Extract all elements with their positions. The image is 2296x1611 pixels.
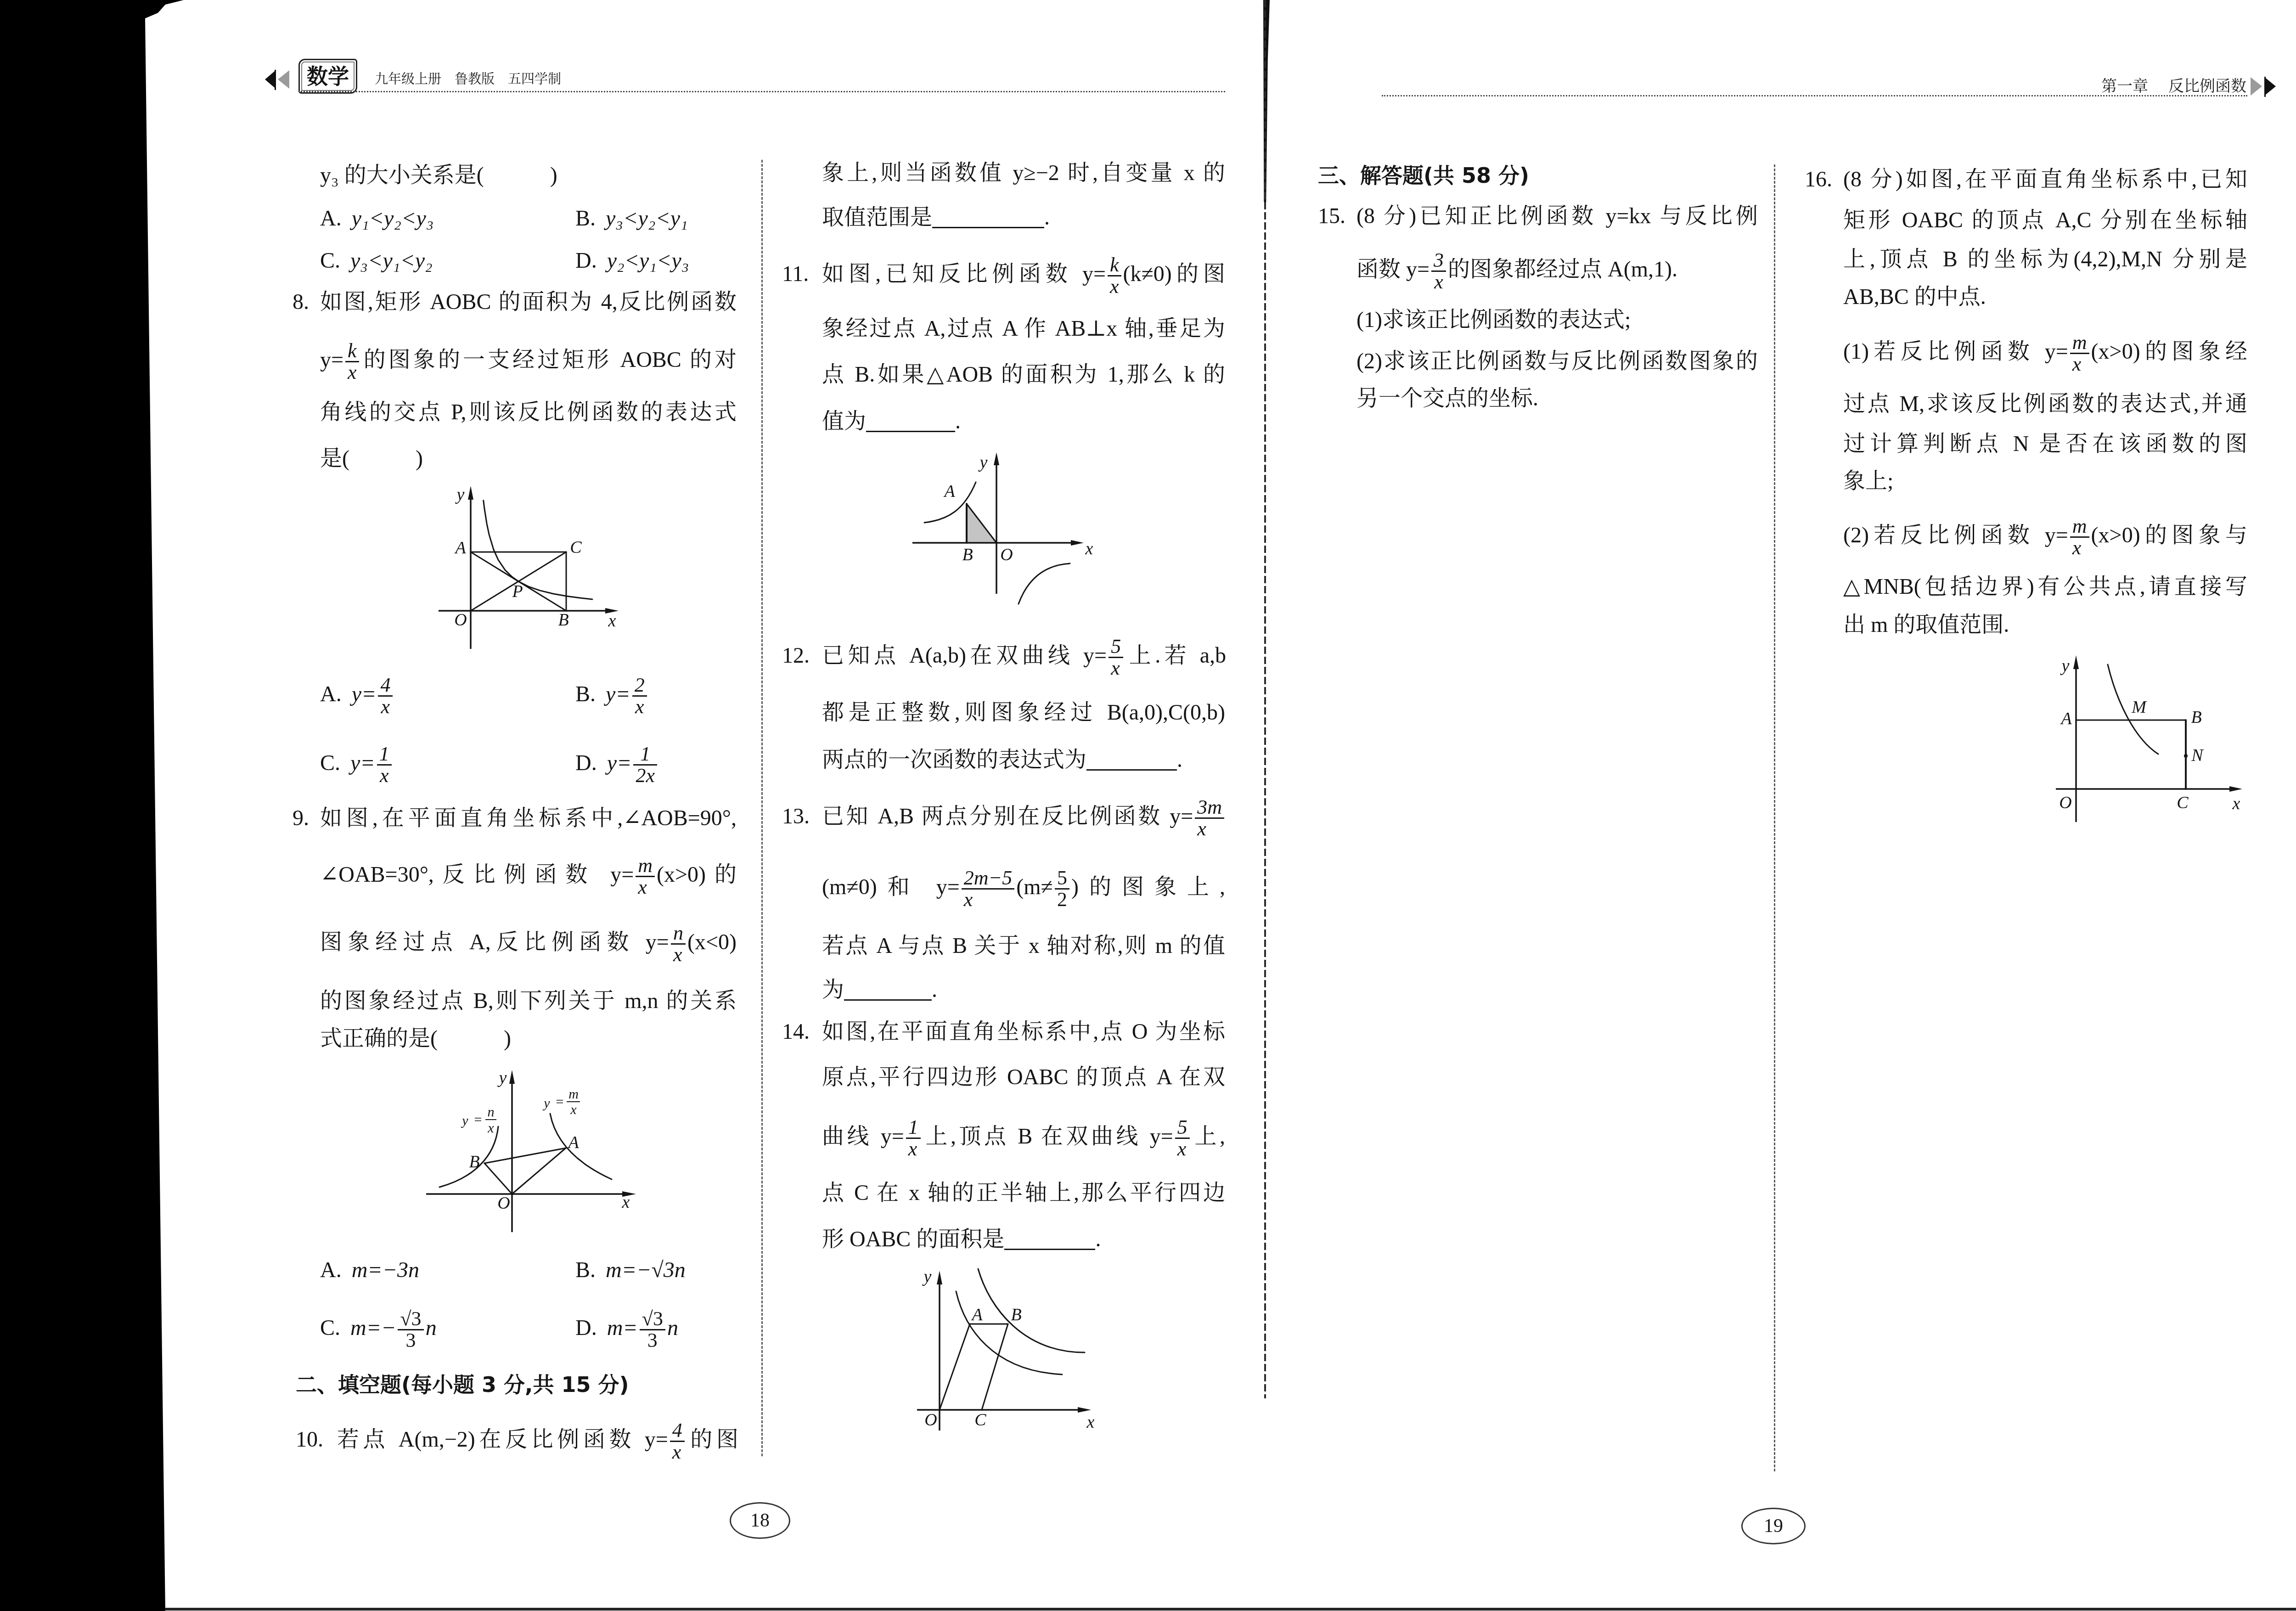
label-y: y xyxy=(2060,656,2070,676)
numerator: 2 xyxy=(632,675,647,695)
label-n: N xyxy=(2191,746,2204,765)
label-y: y xyxy=(455,485,465,504)
text: (x>0)的图象与 xyxy=(2091,523,2247,547)
label-o: O xyxy=(2059,793,2071,812)
q11-line: 如图,已知反比例函数 y=kx(k≠0)的图 xyxy=(822,260,1225,288)
numerator: m xyxy=(2070,332,2089,353)
label-c: C xyxy=(570,538,582,557)
denominator: x xyxy=(636,876,655,897)
q9-number: 9. xyxy=(293,805,309,832)
q15-part-2: 另一个交点的坐标. xyxy=(1356,385,1538,412)
option-expr: m=−3n xyxy=(352,1258,419,1282)
text: 如图,已知反比例函数 y= xyxy=(822,262,1106,286)
numerator: 3m xyxy=(1195,797,1224,817)
label-x: x xyxy=(608,611,616,631)
text: ∠OAB=30°,反比例函数 y= xyxy=(320,862,634,887)
q13-line: 已知 A,B 两点分别在反比例函数 y=3mx xyxy=(822,803,1226,830)
label-x: x xyxy=(622,1193,630,1212)
chapter-title: 反比例函数 xyxy=(2168,77,2246,96)
fraction: 1x xyxy=(906,1117,921,1159)
denominator: x xyxy=(1195,817,1224,839)
denominator: x xyxy=(1431,270,1446,292)
text: (m≠ xyxy=(1016,875,1053,899)
subject-badge: 数学 xyxy=(298,59,357,94)
q16-part-2: 出 m 的取值范围. xyxy=(1843,611,2009,639)
curve-left-eq: = xyxy=(474,1112,482,1127)
q7-option-b: B.y₃<y₂<y₁ xyxy=(575,205,688,232)
answer-blank xyxy=(844,982,932,1001)
text: 值为 xyxy=(822,409,866,434)
section-heading-fill-in: 二、填空题(每小题 3 分,共 15 分) xyxy=(296,1371,629,1398)
text: (x>0)的图象经 xyxy=(2091,339,2247,364)
label-c: C xyxy=(974,1410,986,1430)
label-p: P xyxy=(512,582,523,601)
q9-option-d: D.m=√33n xyxy=(575,1314,678,1342)
numerator: 3 xyxy=(1431,250,1446,270)
text: . xyxy=(1044,205,1050,230)
option-label: D. xyxy=(575,248,597,273)
arrow-up-icon xyxy=(509,1070,515,1084)
text: (2)若反比例函数 y= xyxy=(1843,523,2068,547)
option-expr: y₃<y₁<y₂ xyxy=(350,248,433,273)
numerator: 5 xyxy=(1055,868,1069,888)
answer-blank xyxy=(932,210,1044,228)
curve-left-label: y xyxy=(461,1113,468,1128)
q8-option-c: C.y=1x xyxy=(320,749,394,777)
text: 图象经过点 A,反比例函数 y= xyxy=(320,930,669,954)
hyperbola-5-over-x xyxy=(978,1269,1085,1352)
q12-line: 都是正整数,则图象经过 B(a,0),C(0,b) xyxy=(822,699,1225,727)
option-expr: m=− xyxy=(350,1316,396,1340)
q7-stem-tail: y₃ 的大小关系是( ) xyxy=(320,162,557,189)
q15-number: 15. xyxy=(1318,203,1345,230)
option-expr: y₂<y₁<y₃ xyxy=(607,248,689,273)
hyperbola-lower-right xyxy=(1019,563,1070,604)
text: 为 xyxy=(822,978,844,1002)
option-label: A. xyxy=(320,682,342,706)
option-label: D. xyxy=(575,1316,597,1340)
label-b: B xyxy=(558,610,568,630)
denominator: x xyxy=(2070,353,2089,374)
label-x: x xyxy=(1085,539,1093,558)
q8-option-a: A.y=4x xyxy=(320,681,394,708)
q16-line: (8 分)如图,在平面直角坐标系中,已知 xyxy=(1843,166,2247,193)
text: . xyxy=(932,978,937,1002)
label-y: y xyxy=(922,1267,932,1286)
label-b: B xyxy=(469,1152,479,1172)
text: (1)若反比例函数 y= xyxy=(1843,339,2068,364)
q15-line: 函数 y=3x的图象都经过点 A(m,1). xyxy=(1356,256,1677,283)
q16-part-1: 过计算判断点 N 是否在该函数的图 xyxy=(1843,430,2247,458)
q14-number: 14. xyxy=(782,1018,810,1046)
numerator: m xyxy=(2070,516,2089,536)
arrow-up-icon xyxy=(937,1271,942,1284)
text: 已知 A,B 两点分别在反比例函数 y= xyxy=(822,804,1193,828)
label-o: O xyxy=(497,1194,510,1213)
q16-line: AB,BC 的中点. xyxy=(1843,283,1986,311)
denominator: x xyxy=(2070,536,2089,558)
q9-option-b: B.m=−√3n xyxy=(575,1256,686,1284)
chapter-header: 第一章反比例函数 xyxy=(2094,76,2246,96)
text: 曲线 y= xyxy=(822,1124,904,1149)
option-expr: y= xyxy=(352,682,377,706)
label-o: O xyxy=(454,610,467,630)
text: . xyxy=(955,409,961,434)
text: (x<0) xyxy=(687,930,737,954)
text: 函数 y= xyxy=(1356,257,1429,282)
q12-number: 12. xyxy=(782,642,810,670)
q13-line: (m≠0)和 y=2m−5x(m≠52)的图象上, xyxy=(822,873,1225,901)
q12-line: 已知点 A(a,b)在双曲线 y=5x上.若 a,b xyxy=(822,642,1226,670)
denominator: x xyxy=(377,764,392,786)
numerator: 2m−5 xyxy=(962,868,1014,888)
q8-number: 8. xyxy=(293,288,309,316)
q16-number: 16. xyxy=(1805,166,1832,193)
fraction: √33 xyxy=(398,1309,423,1351)
book-spine-fold xyxy=(1264,0,1266,1398)
q7-option-a: A.y₁<y₂<y₃ xyxy=(320,205,433,232)
text: 上, xyxy=(1192,1124,1225,1149)
text: 两点的一次函数的表达式为 xyxy=(822,748,1086,772)
q8-line: 如图,矩形 AOBC 的面积为 4,反比例函数 xyxy=(320,288,737,316)
numerator: √3 xyxy=(640,1309,665,1329)
label-x: x xyxy=(1086,1413,1095,1432)
fraction: √33 xyxy=(640,1309,665,1351)
fraction: 2x xyxy=(632,675,647,717)
q11-line: 象经过点 A,过点 A 作 AB⊥x 轴,垂足为 xyxy=(822,315,1225,343)
option-expr: y₁<y₂<y₃ xyxy=(352,206,434,231)
fraction: nx xyxy=(671,923,686,965)
option-label: A. xyxy=(320,1258,342,1282)
text: 形 OABC 的面积是 xyxy=(822,1227,1004,1251)
answer-blank xyxy=(1004,1232,1095,1250)
text: (x>0)的 xyxy=(657,862,737,887)
text: 取值范围是 xyxy=(822,205,932,230)
q15-line: (8 分)已知正比例函数 y=kx 与反比例 xyxy=(1356,203,1758,230)
q16-part-1: 过点 M,求该反比例函数的表达式,并通 xyxy=(1843,390,2247,418)
option-expr: m=−√3n xyxy=(606,1258,686,1282)
q8-option-b: B.y=2x xyxy=(575,681,649,708)
column-divider-left-page xyxy=(761,160,763,1456)
numerator: √3 xyxy=(398,1309,423,1329)
label-a: A xyxy=(943,482,955,501)
fraction: 52 xyxy=(1055,868,1069,910)
option-expr-tail: n xyxy=(426,1316,437,1340)
q9-figure: y y = n x y = m x A B O x xyxy=(422,1065,643,1240)
denominator: x xyxy=(345,361,359,383)
option-expr: m= xyxy=(607,1316,638,1340)
denominator: x xyxy=(632,695,647,717)
numerator: k xyxy=(1108,255,1121,275)
text: . xyxy=(1095,1227,1101,1251)
label-a: A xyxy=(2060,709,2072,728)
denominator: 2 xyxy=(1055,888,1069,910)
q11-line: 值为. xyxy=(822,408,961,435)
q13-line: 为. xyxy=(822,976,937,1004)
q14-figure: y A B O C x xyxy=(914,1265,1097,1435)
option-label: C. xyxy=(320,1316,340,1340)
curve-left-num: n xyxy=(488,1104,495,1120)
denominator: 3 xyxy=(640,1329,665,1351)
option-label: B. xyxy=(575,1258,596,1282)
q12-line: 两点的一次函数的表达式为. xyxy=(822,746,1182,774)
denominator: x xyxy=(962,888,1014,910)
curve-right-den: x xyxy=(570,1102,577,1117)
q11-line: 点 B.如果△AOB 的面积为 1,那么 k 的 xyxy=(822,361,1225,389)
arrow-up-icon xyxy=(2073,655,2079,669)
hyperbola-right xyxy=(550,1114,612,1179)
numerator: m xyxy=(636,856,655,876)
option-expr: y= xyxy=(606,682,630,706)
q16-part-2: (2)若反比例函数 y=mx(x>0)的图象与 xyxy=(1843,522,2247,549)
header-rule-left xyxy=(298,91,1225,92)
text: (m≠0)和 y= xyxy=(822,875,960,899)
text: )的图象上, xyxy=(1071,875,1225,899)
option-label: C. xyxy=(320,751,340,775)
label-b: B xyxy=(962,545,973,564)
q14-line: 如图,在平面直角坐标系中,点 O 为坐标 xyxy=(822,1018,1225,1046)
text: 的图象都经过点 A(m,1). xyxy=(1448,257,1677,282)
numerator: 5 xyxy=(1109,637,1123,657)
q14-line: 曲线 y=1x上,顶点 B 在双曲线 y=5x上, xyxy=(822,1123,1225,1150)
fraction: 1x xyxy=(377,744,392,786)
text: y= xyxy=(320,348,343,372)
fraction: kx xyxy=(1108,255,1121,297)
q8-option-d: D.y=12x xyxy=(575,749,659,777)
denominator: x xyxy=(906,1138,921,1159)
option-expr-tail: n xyxy=(667,1316,678,1340)
fraction: 12x xyxy=(633,744,657,786)
denominator: x xyxy=(378,695,393,717)
option-label: C. xyxy=(320,248,340,273)
scan-border-bottom xyxy=(165,1608,2296,1611)
text: 上,顶点 B 在双曲线 y= xyxy=(923,1124,1173,1149)
q15-part-2: (2)求该正比例函数与反比例函数图象的 xyxy=(1356,348,1758,375)
text: 上.若 a,b xyxy=(1125,643,1226,668)
denominator: x xyxy=(1175,1138,1190,1159)
option-label: A. xyxy=(320,206,342,231)
text: 的图象的一支经过矩形 AOBC 的对 xyxy=(361,348,737,372)
q11-number: 11. xyxy=(782,260,809,288)
q14-line: 点 C 在 x 轴的正半轴上,那么平行四边 xyxy=(822,1179,1225,1207)
q8-line: 是( ) xyxy=(320,445,423,473)
option-expr: y= xyxy=(350,751,375,775)
q9-line: ∠OAB=30°,反比例函数 y=mx(x>0)的 xyxy=(320,861,737,889)
numerator: 4 xyxy=(378,675,393,695)
text: (k≠0)的图 xyxy=(1123,262,1225,286)
page-number-right: 19 xyxy=(1741,1508,1806,1544)
q8-line: 角线的交点 P,则该反比例函数的表达式 xyxy=(320,399,737,426)
answer-blank xyxy=(1086,752,1177,771)
numerator: 1 xyxy=(906,1117,921,1138)
denominator: 2x xyxy=(633,764,657,786)
fraction: 5x xyxy=(1175,1117,1190,1159)
q16-part-1: (1)若反比例函数 y=mx(x>0)的图象经 xyxy=(1843,338,2247,366)
curve-right-label: y xyxy=(542,1096,550,1111)
q10-line: 取值范围是. xyxy=(822,204,1050,231)
q16-line: 矩形 OABC 的顶点 A,C 分别在坐标轴 xyxy=(1843,207,2247,234)
denominator: x xyxy=(670,1441,685,1462)
q16-figure: y A M B N O C x xyxy=(2053,652,2250,827)
q16-part-1: 象上; xyxy=(1843,468,1893,495)
q9-line: 如图,在平面直角坐标系中,∠AOB=90°, xyxy=(320,805,737,832)
book-info: 九年级上册 鲁教版 五四学制 xyxy=(375,70,561,88)
q10-line: 若点 A(m,−2)在反比例函数 y=4x的图 xyxy=(337,1426,738,1453)
q13-line: 若点 A 与点 B 关于 x 轴对称,则 m 的值 xyxy=(822,932,1225,960)
q13-number: 13. xyxy=(782,803,810,830)
fraction: mx xyxy=(2070,332,2089,374)
q9-line: 图象经过点 A,反比例函数 y=nx(x<0) xyxy=(320,929,737,956)
denominator: x xyxy=(1109,657,1123,678)
denominator: x xyxy=(1108,275,1121,297)
q7-option-d: D.y₂<y₁<y₃ xyxy=(575,247,689,275)
q9-line: 的图象经过点 B,则下列关于 m,n 的关系 xyxy=(320,987,737,1015)
numerator: 4 xyxy=(670,1420,685,1441)
fraction: 3x xyxy=(1431,250,1446,292)
q8-line: y=kx的图象的一支经过矩形 AOBC 的对 xyxy=(320,346,737,374)
numerator: 1 xyxy=(633,744,657,764)
q11-figure: y A B O x xyxy=(909,448,1097,608)
label-a: A xyxy=(970,1305,983,1324)
label-y: y xyxy=(978,453,988,472)
q14-line: 原点,平行四边形 OABC 的顶点 A 在双 xyxy=(822,1064,1225,1091)
fraction: 5x xyxy=(1109,637,1123,678)
text: . xyxy=(1177,748,1182,772)
numerator: k xyxy=(345,341,359,361)
arrow-up-icon xyxy=(994,452,999,465)
q9-line: 式正确的是( ) xyxy=(320,1025,511,1053)
curve-right-eq: = xyxy=(556,1094,564,1110)
option-label: B. xyxy=(575,206,596,231)
fraction: 4x xyxy=(670,1420,685,1462)
text: 已知点 A(a,b)在双曲线 y= xyxy=(822,643,1107,668)
page-number-left: 18 xyxy=(730,1502,790,1539)
denominator: 3 xyxy=(398,1329,423,1351)
answer-blank xyxy=(866,414,955,432)
label-a: A xyxy=(567,1133,579,1152)
q10-line: 象上,则当函数值 y≥−2 时,自变量 x 的 xyxy=(822,159,1225,187)
column-divider-right-page xyxy=(1774,164,1775,1471)
fraction: mx xyxy=(636,856,655,897)
text: 若点 A(m,−2)在反比例函数 y= xyxy=(337,1427,668,1452)
q14-line: 形 OABC 的面积是. xyxy=(822,1226,1101,1253)
q15-part-1: (1)求该正比例函数的表达式; xyxy=(1356,306,1631,334)
label-b: B xyxy=(1011,1305,1021,1324)
arrow-right-icon xyxy=(1071,540,1084,546)
arrow-right-icon xyxy=(1078,1407,1091,1413)
fraction: mx xyxy=(2070,516,2089,558)
chapter-number: 第一章 xyxy=(2101,77,2148,96)
label-b: B xyxy=(2191,708,2201,727)
label-o: O xyxy=(924,1410,937,1430)
arrow-up-icon xyxy=(468,486,473,500)
option-expr: y= xyxy=(607,751,632,775)
text: 的图 xyxy=(687,1427,738,1452)
label-m: M xyxy=(2131,698,2147,717)
denominator: x xyxy=(671,943,686,965)
q16-line: 上,顶点 B 的坐标为(4,2),M,N 分别是 xyxy=(1843,246,2247,273)
label-y: y xyxy=(497,1068,507,1087)
q10-number: 10. xyxy=(296,1426,323,1453)
section-heading-solve: 三、解答题(共 58 分) xyxy=(1318,162,1529,189)
fraction: 3mx xyxy=(1195,797,1224,839)
fraction: kx xyxy=(345,341,359,383)
curve-left-den: x xyxy=(487,1121,494,1136)
arrow-right-icon xyxy=(2229,786,2242,792)
point-n-dot xyxy=(2184,754,2188,758)
fraction: 4x xyxy=(378,675,393,717)
label-a: A xyxy=(454,538,466,558)
q9-option-c: C.m=−√33n xyxy=(320,1314,437,1342)
numerator: 1 xyxy=(377,744,392,764)
header-left-arrows-icon xyxy=(262,69,294,92)
fraction: 2m−5x xyxy=(962,868,1014,910)
q7-option-c: C.y₃<y₁<y₂ xyxy=(320,247,433,275)
option-label: B. xyxy=(575,682,596,706)
option-label: D. xyxy=(575,751,597,775)
q9-option-a: A.m=−3n xyxy=(320,1256,419,1284)
numerator: n xyxy=(671,923,686,943)
label-x: x xyxy=(2232,794,2240,813)
curve-right-num: m xyxy=(568,1087,579,1102)
numerator: 5 xyxy=(1175,1117,1190,1138)
header-right-arrows-icon xyxy=(2249,76,2279,99)
hyperbola-1-over-x xyxy=(956,1291,1062,1374)
label-o: O xyxy=(1000,545,1013,564)
scan-border-left xyxy=(0,0,193,1611)
q8-figure: y A C P O B x xyxy=(432,478,625,657)
option-expr: y₃<y₂<y₁ xyxy=(606,206,688,231)
q16-part-2: △MNB(包括边界)有公共点,请直接写 xyxy=(1843,573,2247,601)
label-c: C xyxy=(2177,793,2189,812)
